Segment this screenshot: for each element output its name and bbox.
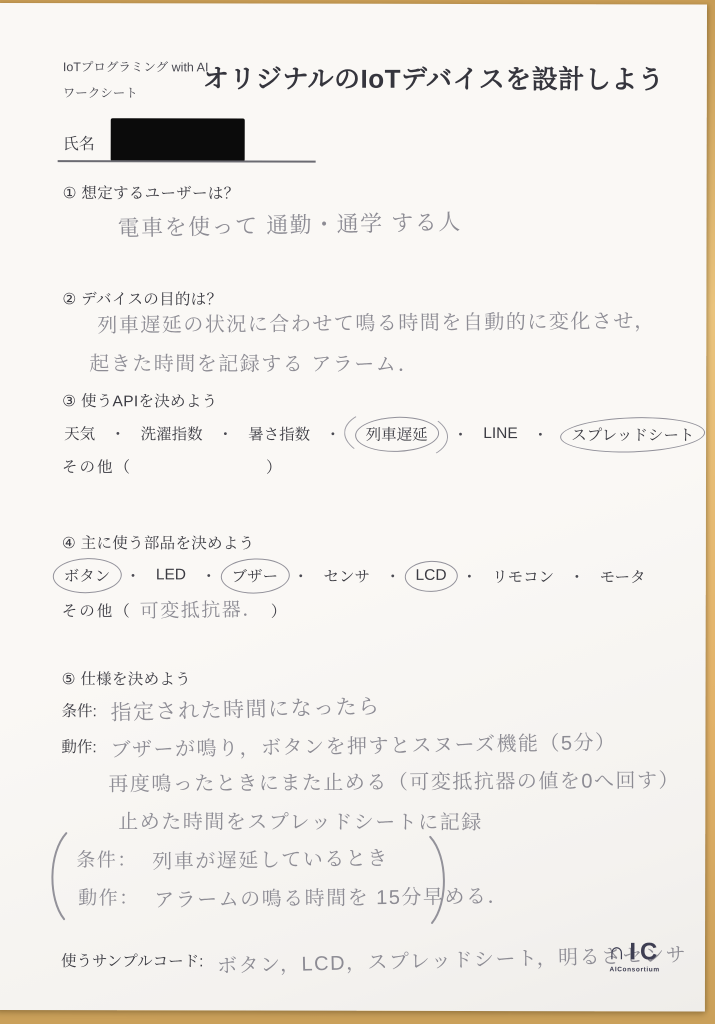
extra-condition-answer-handwriting: 列車が遅延しているとき [152, 842, 389, 875]
condition-label: 条件: [61, 699, 96, 721]
dot-separator: ・ [125, 564, 141, 586]
scanned-worksheet-photo: { "colors": { "background_tan": "#e2b269… [0, 0, 715, 1024]
extra-action-answer-handwriting: アラームの鳴る時間を 15分早める． [153, 880, 508, 913]
dot-separator: ・ [453, 423, 469, 445]
dot-separator: ・ [293, 565, 309, 587]
part-option-lcd: LCD [414, 566, 449, 586]
api-other-row: その他（ ） [62, 455, 284, 477]
parts-options-row: ボタン ・ LED ・ ブザー ・ センサ ・ LCD ・ リモコン ・ モータ [62, 563, 648, 588]
aic-logo-tagline: AIConsortium [610, 966, 660, 973]
api-option-heat-index: 暑さ指数 [246, 422, 312, 446]
other-label: その他（ [62, 599, 132, 621]
other-close-paren: ） [266, 456, 284, 478]
q5-heading: ⑤ 仕様を決めよう [62, 667, 191, 689]
action-row: 動作: ブザーが鳴り，ボタンを押すとスヌーズ機能（5分） [61, 729, 616, 759]
api-option-line: LINE [481, 424, 520, 444]
name-label: 氏名 [63, 131, 95, 154]
extra-condition-row: 条件： 列車が遅延しているとき [76, 843, 388, 873]
dot-separator: ・ [110, 422, 126, 444]
name-redaction-block [111, 118, 245, 161]
condition-row: 条件: 指定された時間になったら [61, 693, 380, 724]
action-label: 動作: [61, 735, 96, 757]
course-label: IoTプログラミング with AI ワークシート [63, 55, 209, 107]
part-option-led: LED [154, 565, 188, 585]
q3-heading: ③ 使うAPIを決めよう [62, 389, 217, 411]
dot-separator: ・ [201, 564, 217, 586]
q4-heading: ④ 主に使う部品を決めよう [62, 531, 255, 553]
aic-logo-mark: ∩IC [608, 940, 661, 964]
extra-action-row: 動作： アラームの鳴る時間を 15分早める． [78, 881, 508, 911]
action-line1-handwriting: ブザーが鳴り，ボタンを押すとスヌーズ機能（5分） [111, 726, 618, 763]
page-title: オリジナルのIoTデバイスを設計しよう [203, 58, 664, 96]
q1-answer-handwriting: 電車を使って 通勤・通学 する人 [117, 205, 462, 242]
q1-heading: ① 想定するユーザーは？ [63, 181, 240, 203]
q2-heading: ② デバイスの目的は？ [62, 287, 222, 309]
other-label: その他（ [62, 455, 132, 477]
part-option-motor: モータ [598, 564, 648, 588]
dot-separator: ・ [325, 423, 341, 445]
api-option-spreadsheet: スプレッドシート [569, 422, 696, 446]
api-option-laundry-index: 洗濯指数 [139, 421, 205, 445]
aic-logo: ∩IC AIConsortium [608, 940, 661, 973]
condition-answer-handwriting: 指定された時間になったら [111, 690, 382, 726]
extra-action-label-handwriting: 動作： [78, 883, 140, 910]
parts-other-row: その他（ 可変抵抗器． ） [62, 595, 289, 622]
part-option-sensor: センサ [322, 564, 373, 588]
extra-condition-label-handwriting: 条件： [76, 845, 138, 872]
part-option-buzzer: ブザー [229, 563, 280, 587]
api-option-train-delay: 列車遅延 [364, 422, 430, 446]
dot-separator: ・ [218, 422, 234, 444]
worksheet-line: ワークシート [63, 81, 209, 107]
part-option-button: ボタン [62, 563, 113, 587]
api-option-weather: 天気 [62, 421, 97, 445]
q2-answer-line2-handwriting: 起きた時間を記録する アラーム． [89, 347, 419, 377]
dot-separator: ・ [569, 565, 585, 587]
name-underline [58, 160, 316, 163]
dot-separator: ・ [385, 565, 401, 587]
sample-code-label: 使うサンプルコード: [61, 949, 203, 971]
dot-separator: ・ [462, 565, 478, 587]
worksheet-page: IoTプログラミング with AI ワークシート オリジナルのIoTデバイスを… [0, 3, 707, 1011]
action-line2-handwriting: 再度鳴ったときにまた止める（可変抵抗器の値を0へ回す） [108, 764, 680, 797]
course-line: IoTプログラミング with AI [63, 55, 209, 81]
api-options-row: 天気 ・ 洗濯指数 ・ 暑さ指数 ・ 列車遅延 ・ LINE ・ スプレッドシー… [62, 421, 696, 446]
dot-separator: ・ [533, 423, 549, 445]
parts-other-value-handwriting: 可変抵抗器． [132, 594, 271, 623]
action-line3-handwriting: 止めた時間をスプレッドシートに記録 [118, 805, 483, 835]
q2-answer-line1-handwriting: 列車遅延の状況に合わせて鳴る時間を自動的に変化させ， [97, 304, 656, 338]
part-option-remote: リモコン [490, 564, 556, 588]
other-close-paren: ） [271, 600, 289, 622]
sample-code-row: 使うサンプルコード: ボタン，LCD，スプレッドシート，明るさセンサ [61, 943, 688, 973]
handwritten-paren-left [44, 831, 70, 921]
